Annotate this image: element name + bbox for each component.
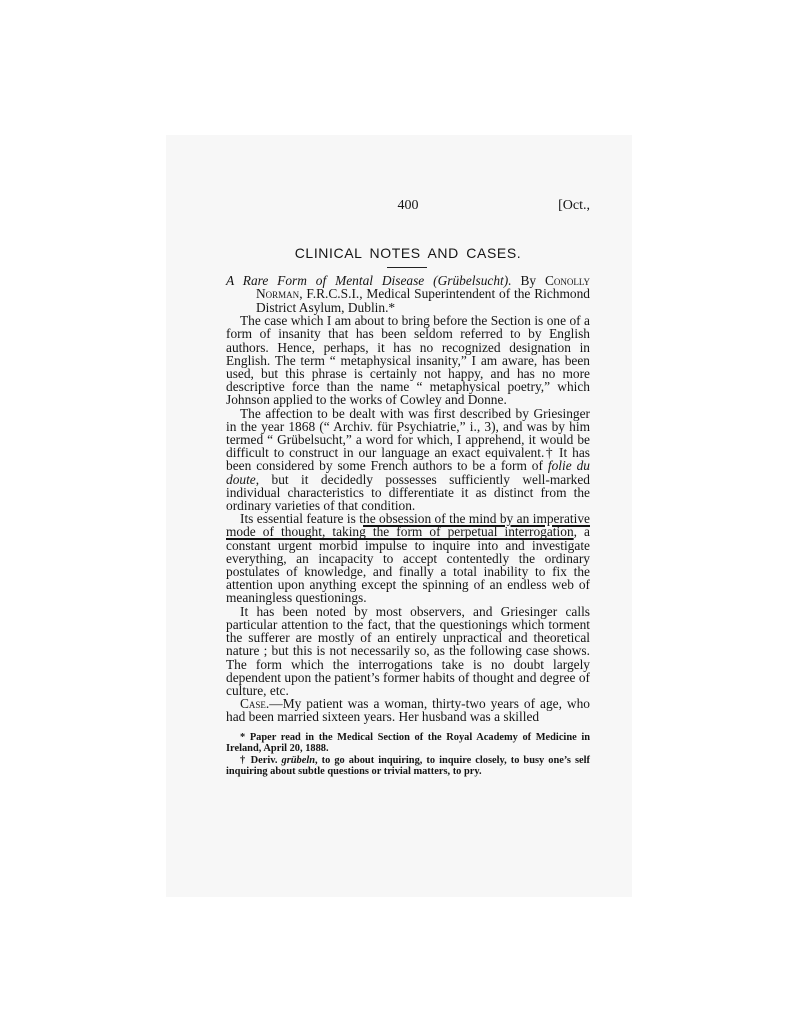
case-text: —My patient was a woman, thirty-two year… <box>226 696 590 724</box>
running-date: [Oct., <box>558 198 590 214</box>
footnotes: * Paper read in the Medical Section of t… <box>226 732 590 778</box>
title-rule <box>387 267 427 268</box>
paragraph-1: The case which I am about to bring befor… <box>226 314 590 406</box>
footnote-dagger-italic: grübeln <box>282 755 316 766</box>
running-head: 400 [Oct., <box>226 198 590 216</box>
article-body: A Rare Form of Mental Disease (Grübelsuc… <box>226 274 590 778</box>
paragraph-4: It has been noted by most observers, and… <box>226 605 590 697</box>
author-details: , F.R.C.S.I., Medical Superintendent of … <box>256 286 590 314</box>
section-title: CLINICAL NOTES AND CASES. <box>226 245 590 261</box>
paragraph-2-text-b: , but it decidedly possesses sufficientl… <box>226 472 590 513</box>
case-paragraph: Case.—My patient was a woman, thirty-two… <box>226 697 590 723</box>
page-number: 400 <box>226 198 590 214</box>
article-heading: A Rare Form of Mental Disease (Grübelsuc… <box>226 274 590 314</box>
paragraph-3: Its essential feature is the obsession o… <box>226 512 590 604</box>
footnote-dagger: † Deriv. grübeln, to go about inquiring,… <box>226 755 590 778</box>
paragraph-2: The affection to be dealt with was first… <box>226 407 590 513</box>
paragraph-2-text-a: The affection to be dealt with was first… <box>226 406 590 474</box>
footnote-star: * Paper read in the Medical Section of t… <box>226 732 590 755</box>
footnote-dagger-prefix: † Deriv. <box>240 755 282 766</box>
